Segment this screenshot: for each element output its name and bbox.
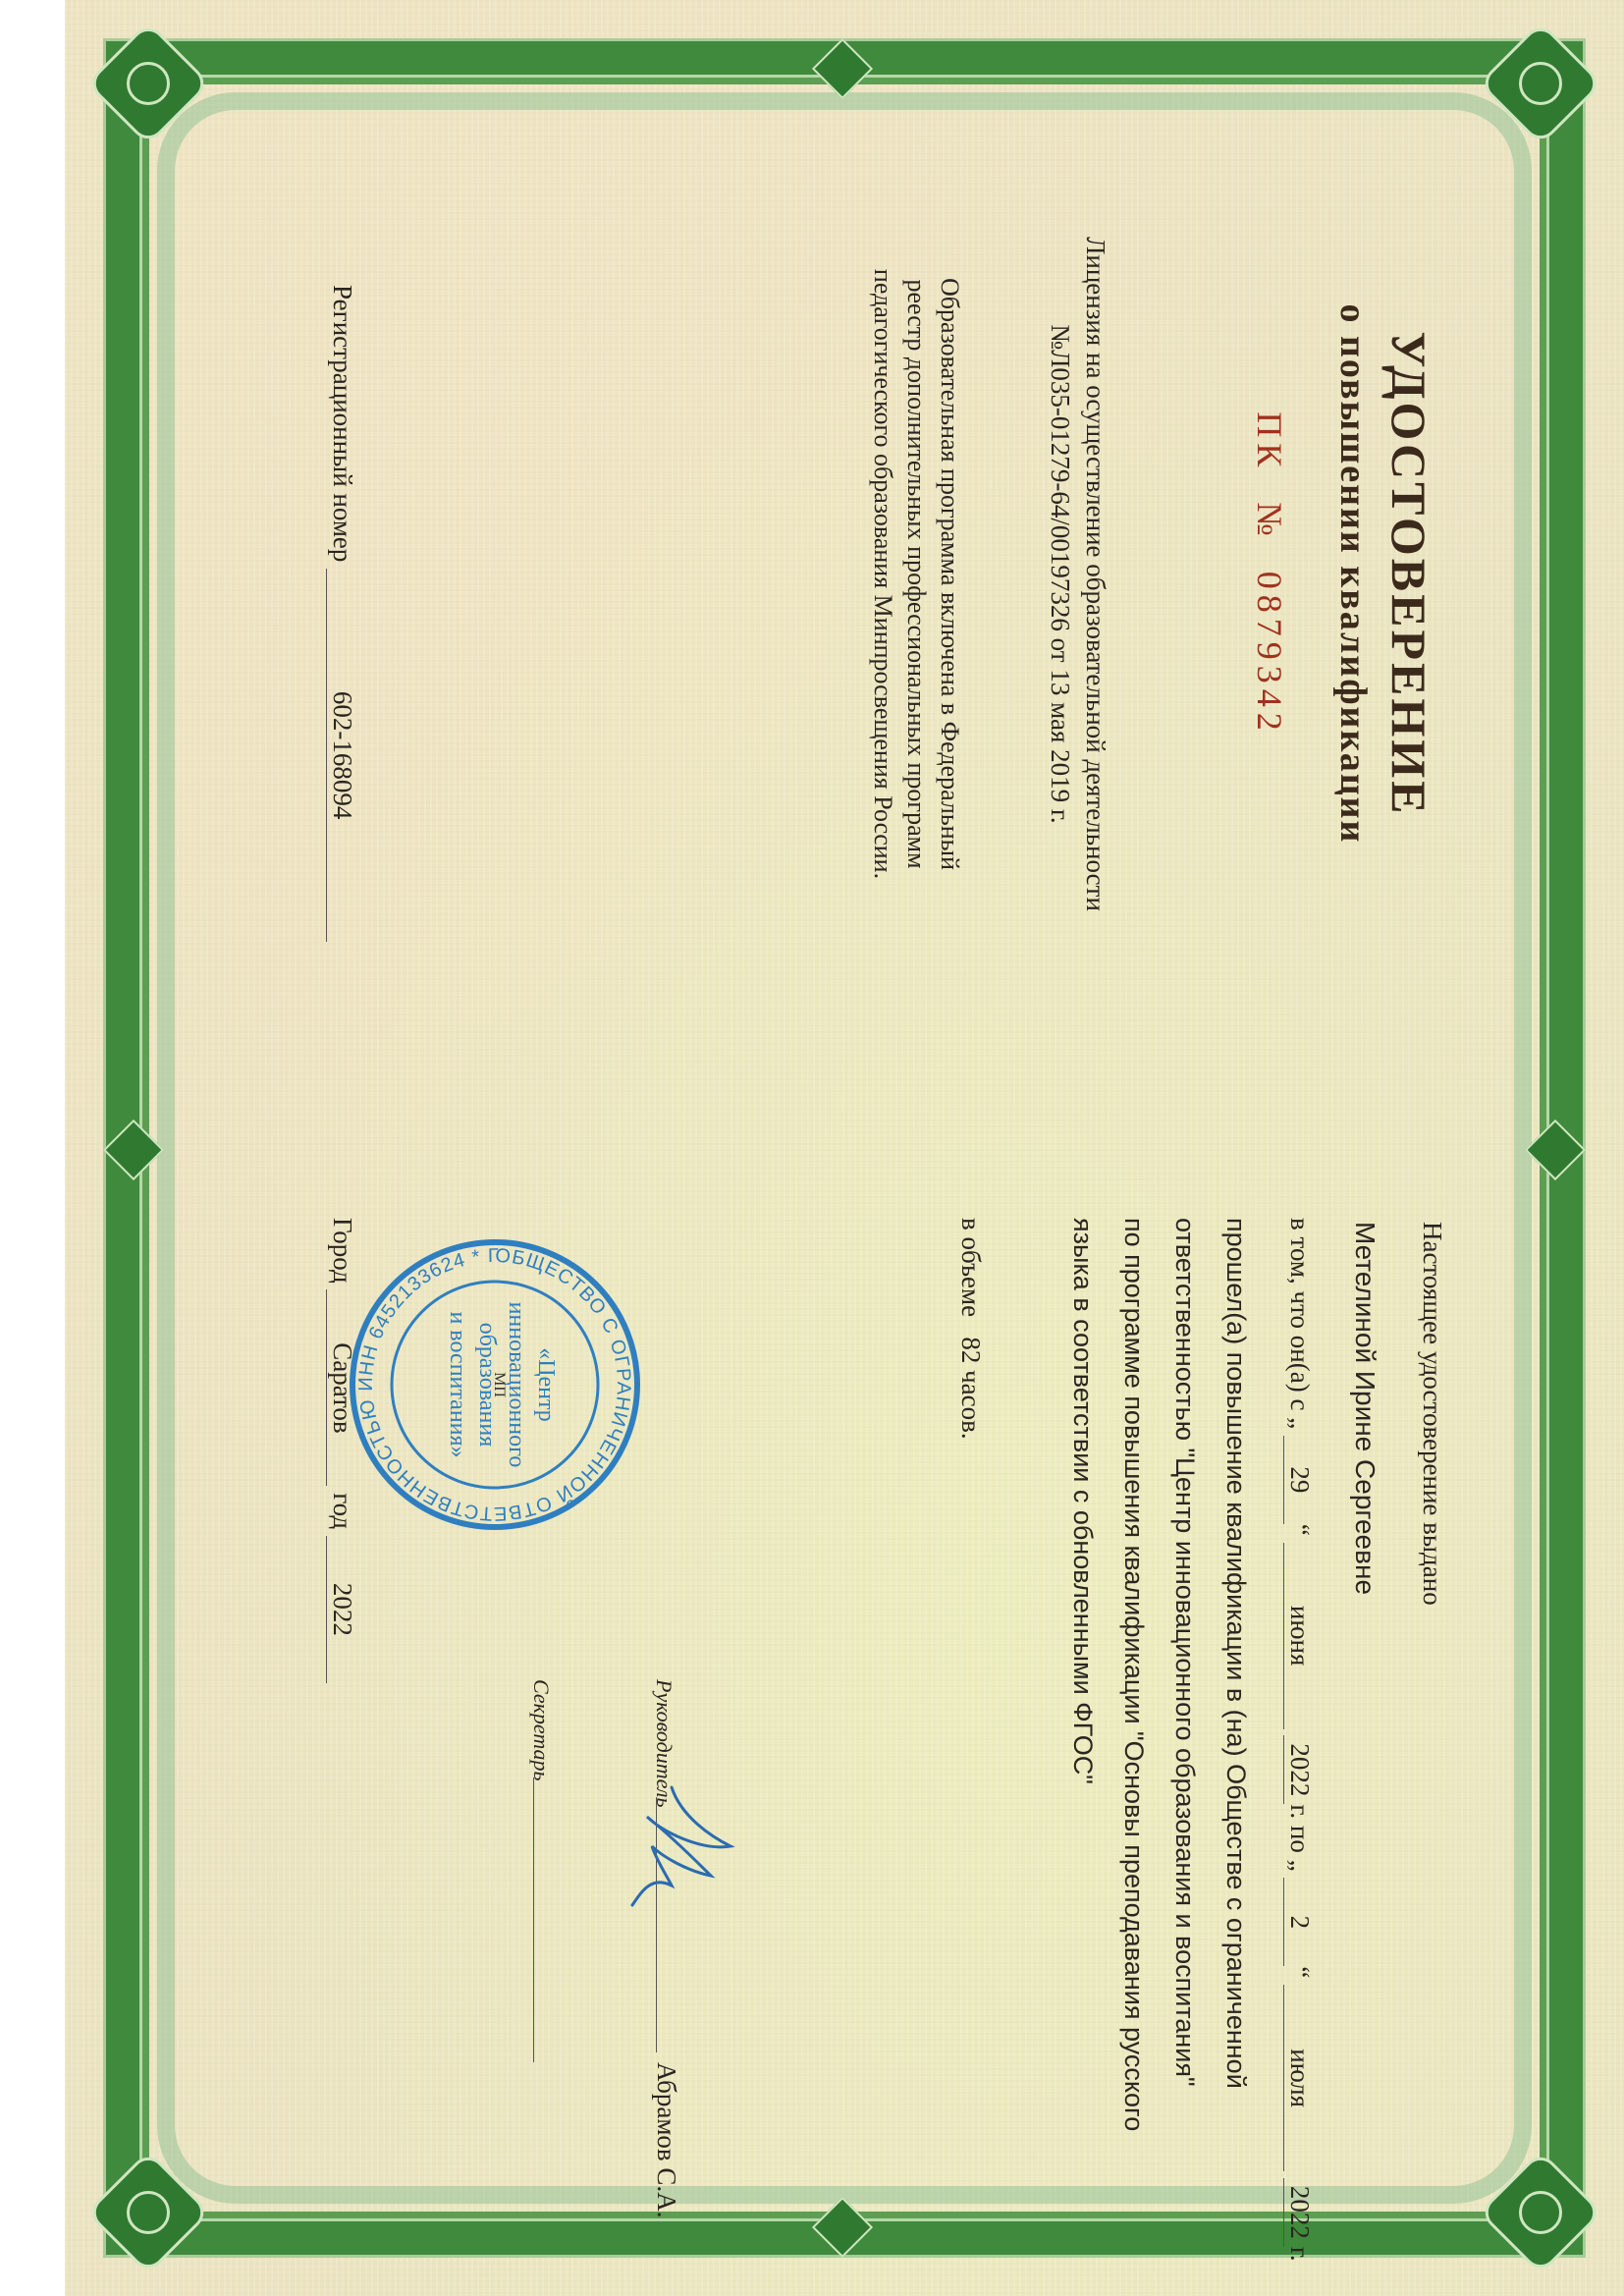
certificate-title: УДОСТОВЕРЕНИЕ: [1380, 0, 1437, 1148]
volume-label: в объеме: [956, 1218, 986, 1317]
serial-number: ПК № 0879342: [1249, 0, 1290, 1148]
body-line-2: ответственностью "Центр инновационного о…: [1169, 1218, 1200, 2087]
volume-unit: часов.: [956, 1370, 986, 1440]
end-day: 2: [1283, 1878, 1315, 1966]
recipient-name: Метелиной Ирине Сергеевне: [1349, 1222, 1380, 1595]
right-page: Настоящее удостоверение выдано Метелиной…: [65, 1218, 1624, 2200]
director-name: Абрамов С.А.: [651, 2062, 681, 2217]
certificate-sheet: УДОСТОВЕРЕНИЕ о повышении квалификации П…: [65, 0, 1624, 2296]
dates-suffix: г.: [1285, 2247, 1315, 2262]
license-info: Лицензия на осуществление образовательно…: [1043, 0, 1113, 1148]
registration-value: 602-168094: [326, 569, 357, 942]
license-line-2: №Л035-01279-64/00197326 от 13 мая 2019 г…: [1043, 0, 1078, 1148]
registry-line-2: реестр дополнительных профессиональных п…: [899, 0, 933, 1148]
registry-line-3: педагогического образования Минпросвещен…: [866, 0, 899, 1148]
organization-stamp-icon: ОБЩЕСТВО С ОГРАНИЧЕННОЙ ОТВЕТСТВЕННОСТЬЮ…: [348, 1237, 642, 1532]
serial-series: ПК: [1250, 411, 1289, 472]
start-month: июня: [1283, 1543, 1315, 1729]
left-page: УДОСТОВЕРЕНИЕ о повышении квалификации П…: [65, 0, 1624, 1148]
serial-number-sign: №: [1250, 502, 1289, 541]
start-day: 29: [1283, 1436, 1315, 1524]
registry-note: Образовательная программа включена в Фед…: [866, 0, 966, 1148]
registration-label: Регистрационный номер: [328, 285, 357, 562]
dates-middle: г. по „: [1285, 1804, 1315, 1871]
body-line-4: языка в соответствии с обновленными ФГОС…: [1067, 1218, 1098, 1784]
body-line-1: прошел(а) повышение квалификации в (на) …: [1220, 1218, 1251, 2089]
stamp-center-line-4: и воспитания»: [445, 1311, 470, 1457]
end-year: 2022: [1283, 2178, 1315, 2247]
training-dates: в том, что он(а) с „ 29“ июня 2022г. по …: [1283, 1218, 1315, 2262]
serial-number-value: 0879342: [1250, 572, 1289, 737]
secretary-label: Секретарь: [528, 1679, 554, 1781]
volume-hours: 82: [956, 1337, 986, 1363]
certificate-subtitle: о повышении квалификации: [1331, 0, 1375, 1148]
year-value: 2022: [326, 1536, 357, 1683]
registration-number: Регистрационный номер 602-168094: [326, 285, 357, 942]
secretary-signature-line: [533, 1777, 534, 2062]
body-line-3: по программе повышения квалификации "Осн…: [1118, 1218, 1149, 2131]
course-volume: в объеме 82 часов.: [955, 1218, 986, 1440]
dates-prefix: в том, что он(а) с „: [1285, 1218, 1315, 1429]
director-signature-icon: [623, 1777, 740, 1915]
registry-line-1: Образовательная программа включена в Фед…: [933, 0, 966, 1148]
stamp-mark: МП: [491, 1372, 508, 1397]
start-year: 2022: [1283, 1735, 1315, 1804]
certificate-title-block: УДОСТОВЕРЕНИЕ о повышении квалификации: [1331, 0, 1437, 1148]
stamp-center-line-1: «Центр: [533, 1347, 559, 1422]
end-month: июля: [1283, 1985, 1315, 2171]
license-line-1: Лицензия на осуществление образовательно…: [1078, 0, 1113, 1148]
issued-intro: Настоящее удостоверение выдано: [1417, 1222, 1447, 1606]
